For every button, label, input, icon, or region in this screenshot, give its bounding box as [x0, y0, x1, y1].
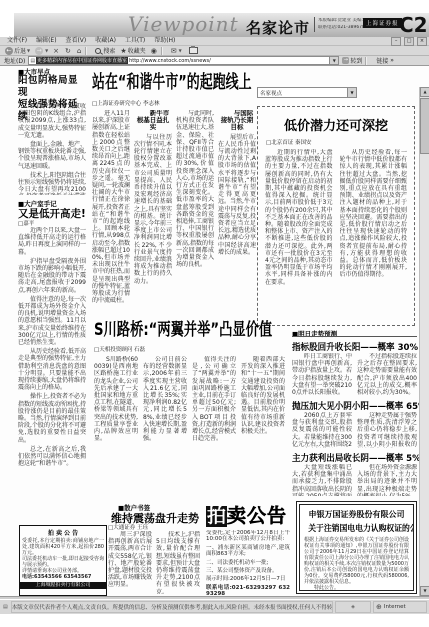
classified-ad-phone: 电话:63543566 63543567 — [22, 574, 104, 580]
scroll-down-button[interactable]: ▼ — [420, 586, 429, 596]
bridge-headline: S川路桥:“两翼并举”凸显价值 — [94, 315, 272, 340]
article2-byline: □嘉平 — [18, 219, 34, 227]
favorites-label: 收藏夹 — [128, 46, 146, 55]
forecast-column: 昨日工商银行、中国银行盘中再创新高,带动沪指放量上攻。若今日指标股继续发力,大盘… — [292, 353, 352, 395]
auction-ad-title: 拍卖公告 — [206, 501, 290, 528]
globe-icon: ⊕ — [376, 603, 382, 611]
back-label: 后退 — [14, 46, 26, 55]
paper-name-badge: 上海证券报 — [363, 18, 402, 28]
window-controls: – □ × — [390, 37, 427, 46]
address-label: 地址(D) — [4, 56, 25, 65]
minimize-button[interactable]: – — [391, 37, 401, 46]
bridge-column: S川路桥(600039)是西南地区路桥施工行业的龙头企业,公司先后承建了一大批国… — [94, 356, 138, 496]
address-bar: 地址(D) ▤ 更多精彩内容尽在中国证券网股市直播室 http://www.cn… — [0, 56, 429, 66]
newspaper-page: ■大市早点 阳包阴格局显现 短线强势将延续 昨日沪深两市双双收出阳包阴的K线组合… — [0, 66, 429, 596]
main-subhead-1: 新牛市根基日益扎实 — [134, 110, 172, 132]
refresh-icon: ↻ — [65, 47, 71, 55]
scrollbar-thumb[interactable] — [420, 98, 429, 154]
search-label: 搜索 — [103, 46, 115, 55]
go-arrow-icon: → — [342, 57, 349, 64]
main-subhead-2: 与国际接轨乃长期目标 — [218, 110, 256, 132]
forecast-column: 不过指标股连续拉升之后存在整固要求,这种走势需要量能有效配合,沪市须放出400亿… — [357, 353, 417, 395]
history-button[interactable]: ◉ — [151, 47, 158, 55]
auction-ad-body: 受委托,定于2006年12月8日上午10:00在本公司拍卖厅公开拍卖: 一、浦东… — [206, 530, 290, 596]
address-separator — [365, 57, 367, 65]
main-article-column: 与此同时,机构投资者队伍迅速壮大,基金、保险、社保、QFII等合计持股市值已超过… — [176, 110, 214, 308]
internet-zone-indicator: ⊕ Internet — [373, 601, 427, 613]
search-icon — [95, 48, 101, 54]
stop-icon: × — [53, 47, 59, 55]
toolbar-separator — [85, 47, 87, 55]
bridge-column: 公司日前公布的经营数据显示,2006年前三季度实现主营收入21.6亿元,同比增长… — [143, 356, 187, 496]
refresh-button[interactable]: ↻ — [65, 47, 72, 55]
article-nav-value: 名家视点 — [260, 89, 282, 97]
forecast-rule — [292, 336, 417, 337]
auction-ad: 拍卖公告 受委托,定于2006年12月8日上午10:00在本公司拍卖厅公开拍卖:… — [206, 501, 290, 596]
classified-ad-line: 司法委托机动车一批,即日起接受咨询与展示预约。 — [22, 556, 104, 568]
forward-dropdown-icon[interactable]: ▼ — [45, 48, 48, 53]
back-button[interactable]: ← 后退 ▼ — [5, 47, 30, 55]
maximize-button[interactable]: □ — [404, 37, 414, 46]
home-button[interactable]: ⌂ — [77, 47, 82, 55]
print-icon — [189, 47, 198, 54]
classified-ad-line: 受委托,本行定期拍卖:商铺房地产一处,建筑面积420平方米,起拍价280万元。 — [22, 538, 104, 556]
article1-body: 昨日沪深两市双双收出阳包阴的K线组合,沪指收报2099点,上涨33点,成交量明显… — [18, 103, 86, 195]
boxed-article-column: 从历史经验看,每一轮牛市行情中低价股都有惊人的表现,其累计涨幅往往超过大盘。当然… — [340, 149, 408, 321]
close-button[interactable]: × — [417, 37, 427, 46]
article-nav-select[interactable]: 名家视点 ▼ — [257, 87, 357, 98]
chevron-down-icon[interactable]: ▼ — [347, 88, 356, 97]
mail-dropdown-icon[interactable]: ▼ — [179, 48, 182, 53]
announcement-title: 关于注销国电电力认购权证的公告 — [308, 522, 405, 534]
print-button[interactable] — [187, 47, 198, 55]
menu-help[interactable]: 帮助(H) — [154, 37, 175, 44]
section-title: 名家论市 — [246, 17, 310, 38]
announcement-box: 申银万国证券股份有限公司 关于注销国电电力认购权证的公告 根据上海证券交易所发布… — [296, 501, 417, 594]
newspaper-masthead: Viewpoint 名家论市 本版编辑:贺建业 美编:康书 2006.11.30… — [14, 13, 429, 38]
zone-label: Internet — [384, 604, 406, 610]
boxed-article-byline: □北京首证 秦国安 — [266, 138, 414, 146]
forecast-column: 但在场外资金源源入场的背景下,主力大举出局的迹象并不明显,出现这种极端走势的概率… — [357, 464, 417, 496]
menu-view[interactable]: 查看(V) — [65, 37, 86, 44]
auction-title-first-char: 拍 — [206, 506, 227, 527]
go-button[interactable]: → 转到 — [342, 56, 362, 65]
boxed-article-headline: 低价潜力还可深挖 — [258, 115, 414, 134]
favorites-button[interactable]: ★ 收藏夹 — [120, 47, 145, 55]
menu-favorites[interactable]: 收藏(A) — [95, 37, 116, 44]
mail-button[interactable]: ✉ ▼ — [171, 47, 182, 55]
announcement-company: 申银万国证券股份有限公司 — [304, 509, 409, 520]
classified-ad-company: 上海城隍拍卖行有限公司 — [20, 582, 106, 589]
status-text: 本版文章仅代表作者个人观点,文责自负。所提供的信息、分析及预测仅供参考,据此入市… — [11, 601, 333, 613]
page-icon: ▤ — [30, 58, 35, 64]
go-label: 转到 — [350, 56, 362, 65]
chevron-right-icon: » — [390, 57, 394, 64]
forecast-column: 大盘短线涨幅已大,若获利盘集中涌出而承接乏力,不排除股指冲高回落收出长阴的可能,… — [292, 464, 352, 496]
stop-button[interactable]: × — [53, 47, 60, 55]
mail-icon: ✉ — [171, 47, 177, 55]
back-dropdown-icon[interactable]: ▼ — [27, 48, 30, 53]
main-article-column: 新牛市根基日益扎实 与以往历次行情不同,本轮行情建立在股权分置改革基本完成、上市… — [134, 110, 172, 308]
links-button[interactable]: 链接 » — [376, 56, 394, 65]
forecast-headline-3: 主力获利出局收长阴——概率 5% — [292, 451, 421, 464]
classified-ad-title: 拍 卖 公 告 — [20, 528, 106, 537]
history-icon: ◉ — [151, 47, 157, 55]
osc-column: 技术上,沪指5日均线支撑有效,量价配合理想,短线虽有整固要求,但预计大盘仍将维持… — [156, 531, 200, 594]
auction-title-rest: 卖公告 — [227, 505, 287, 527]
boxed-article-column: 近期的行情中,大盘蓝筹股成为推动指数上行的主要力量,不过在指数屡创新高的同时,仍… — [265, 149, 333, 321]
forward-button[interactable]: → ▼ — [35, 47, 48, 55]
main-article-column: 与国际接轨乃长期目标 展望后市,在人民币升值与流动性过剩的大背景下,A股市场的估… — [218, 110, 256, 308]
forecast-headline-2: 抛压加大见小阴小阳——概率 65% — [292, 399, 427, 412]
menu-tools[interactable]: 工具(T) — [125, 37, 145, 44]
article2-body: 近两个月以来,大盘一直维持低开高走的运行格局,昨日再度上演同样的一幕。 沪指早盘… — [18, 227, 86, 497]
back-icon: ← — [5, 47, 13, 55]
address-input[interactable]: ▤ 更多精彩内容尽在中国证券网股市直播室 http://www.cnstock.… — [28, 56, 330, 65]
menu-file[interactable]: 文件(F) — [7, 37, 27, 44]
osc-byline: □大通证券 王珏 — [108, 523, 148, 531]
bridge-byline: □天相投资顾问 石磊 — [94, 345, 145, 353]
main-article-column: 进入11月以来,沪深股市屡创新高,上证指数在轻松站上2000点整数关口之后继续昂… — [92, 110, 130, 308]
menu-bar: 文件(F) 编辑(E) 查看(V) 收藏(A) 工具(T) 帮助(H) – □ … — [0, 37, 429, 46]
main-headline: 站在“和谐牛市”的起跑线上 — [92, 68, 252, 94]
toolbar-separator — [161, 47, 163, 55]
address-dropdown-icon[interactable]: ▼ — [330, 56, 339, 65]
scroll-up-button[interactable]: ▲ — [420, 87, 429, 97]
address-url: http://www.cnstock.com/ssnews/ — [129, 58, 211, 64]
boxed-article: 低价潜力还可深挖 □北京首证 秦国安 近期的行情中,大盘蓝筹股成为推动指数上行的… — [257, 106, 415, 326]
bridge-column: 值得关注的是,公司确立了“两翼并举”的发展战略:一方面巩固路桥施工主业,目前在手… — [192, 356, 236, 496]
announcement-body: 根据上海证券交易所发布的《关于证券公司创设权证有关事项的通知》,申银万国证券股份… — [304, 537, 409, 591]
classified-ad-box: 拍 卖 公 告 受委托,本行定期拍卖:商铺房地产一处,建筑面积420平方米,起拍… — [19, 525, 107, 596]
status-panel: ◈ — [335, 601, 371, 613]
page-number: C2 — [399, 13, 428, 37]
home-icon: ⌂ — [77, 47, 81, 55]
masthead-divider — [314, 17, 315, 32]
document-icon: ▤ — [3, 604, 8, 610]
bridge-column: 随着西部大开发的深入推进和“十一五”期间交通建设投资的大幅增加,公司面临良好的发… — [241, 356, 285, 496]
forecast-column: 这种走势属于强势整理性质,洗清浮筹之后重心仍将稳步上移,投资者可继续持股观望,以… — [357, 412, 417, 448]
osc-column: 周三沪深股指再创新高后展开震荡,两市合计成交558亿元,银行、地产股轮番护盘,题… — [108, 531, 152, 594]
forecast-column: 2060点上方套牢盘与获利盘交织,股指反复震荡的可能性较大。若量能维持在300亿… — [292, 412, 352, 448]
forecast-headline-1: 指标股回升收长阳——概率 30% — [292, 340, 418, 353]
star-icon: ★ — [120, 47, 126, 55]
address-highlighted-text: 更多精彩内容尽在中国证券网股市直播室 — [36, 57, 128, 64]
shield-icon: ◈ — [351, 604, 355, 610]
browser-toolbar: ← 后退 ▼ → ▼ × ↻ ⌂ 搜索 ★ 收藏夹 ◉ ✉ ▼ — [0, 46, 429, 56]
status-bar: ▤ 本版文章仅代表作者个人观点,文责自负。所提供的信息、分析及预测仅供参考,据此… — [0, 599, 429, 614]
vertical-scrollbar[interactable]: ▲ ▼ — [419, 87, 429, 596]
search-button[interactable]: 搜索 — [95, 47, 115, 55]
menu-edit[interactable]: 编辑(E) — [36, 37, 56, 44]
main-byline: □上海证券研究中心 李志林 — [92, 99, 159, 107]
masthead-brand-script: Viewpoint — [128, 12, 239, 36]
links-label: 链接 — [376, 56, 388, 65]
forward-icon: → — [35, 47, 43, 55]
